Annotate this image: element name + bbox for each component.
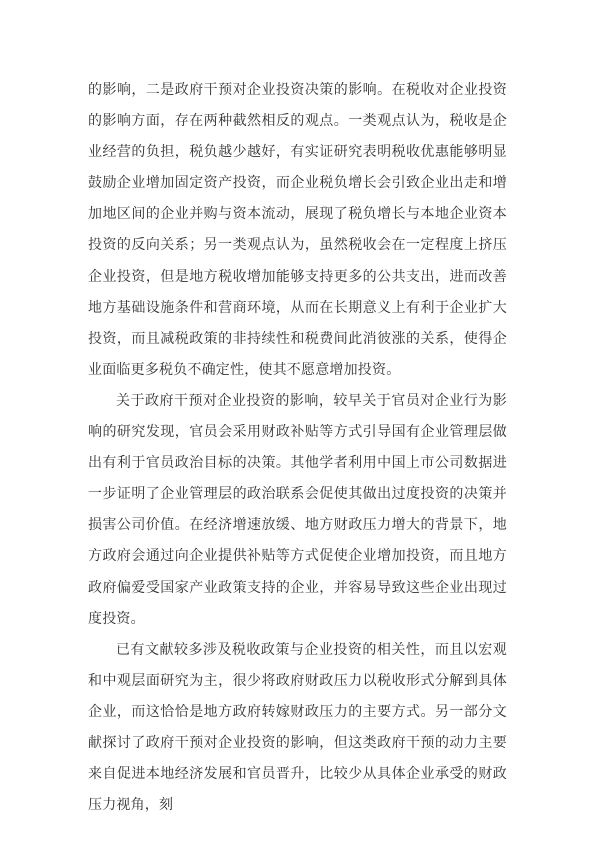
document-text-block: 的影响，二是政府干预对企业投资决策的影响。在税收对企业投资的影响方面，存在两种截… — [88, 74, 507, 820]
paragraph: 的影响，二是政府干预对企业投资决策的影响。在税收对企业投资的影响方面，存在两种截… — [88, 74, 507, 385]
document-page: 的影响，二是政府干预对企业投资决策的影响。在税收对企业投资的影响方面，存在两种截… — [0, 0, 595, 841]
paragraph: 关于政府干预对企业投资的影响，较早关于官员对企业行为影响的研究发现，官员会采用财… — [88, 385, 507, 634]
paragraph: 已有文献较多涉及税收政策与企业投资的相关性，而且以宏观和中观层面研究为主，很少将… — [88, 634, 507, 821]
